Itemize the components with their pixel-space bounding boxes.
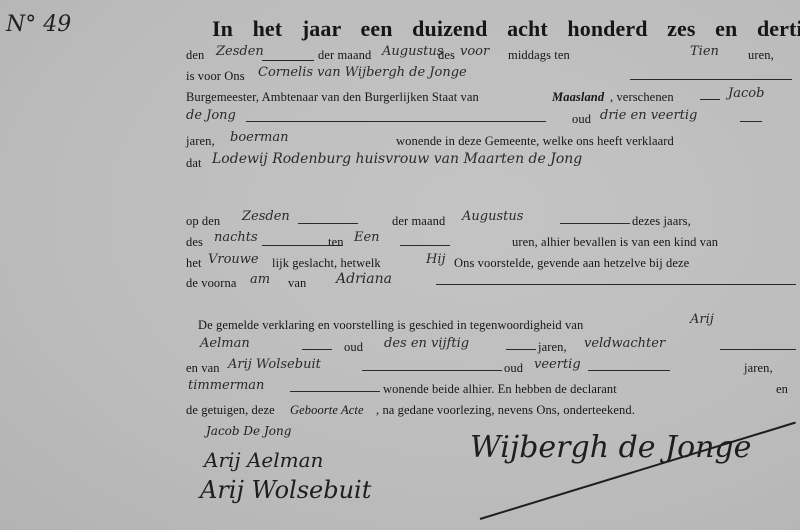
line-date-printed-5: uren, [748, 48, 774, 63]
blank-line [298, 223, 358, 224]
blank-line [560, 223, 630, 224]
month-handwritten: Augustus [382, 44, 443, 59]
presenter-handwritten: Hij [426, 252, 446, 267]
day-handwritten: Zesden [216, 44, 264, 59]
line-sex-printed-2: lijk geslacht, hetwelk [272, 256, 381, 271]
line-witness1-years-printed: jaren, [538, 340, 567, 355]
child-name-handwritten: Adriana [336, 271, 392, 287]
headline-text: In het jaar een duizend acht honderd zes… [212, 16, 800, 41]
blank-line [246, 121, 546, 122]
act-type-label: Geboorte Acte [290, 403, 364, 418]
line-date-printed-1: den [186, 48, 204, 63]
signature-witness-2: Arij Wolsebuit [200, 476, 371, 504]
witness1-occupation-handwritten: veldwachter [584, 336, 665, 351]
line-title-printed: Burgemeester, Ambtenaar van den Burgerli… [186, 90, 479, 105]
line-occupation-printed: jaren, [186, 134, 215, 149]
blank-line [262, 60, 314, 61]
sex-handwritten: Vrouwe [208, 252, 259, 267]
signature-witness-1: Arij Aelman [204, 448, 323, 472]
line-title-printed-2: , verschenen [610, 90, 674, 105]
act-number-value: 49 [43, 12, 71, 37]
place-name: Maasland [552, 90, 604, 105]
line-witness2-age-printed: oud [504, 361, 523, 376]
blank-line [740, 121, 762, 122]
declarant-age-handwritten: drie en veertig [600, 108, 697, 123]
blank-line [362, 370, 502, 371]
line-closing-printed-2: en [776, 382, 788, 397]
line-birth-time-printed: des [186, 235, 203, 250]
blank-line [506, 349, 536, 350]
witness2-age-handwritten: veertig [534, 357, 581, 372]
witness2-name-handwritten: Arij Wolsebuit [228, 357, 321, 372]
childname-suffix-handwritten: am [250, 272, 270, 287]
blank-line [720, 349, 796, 350]
line-birth-month-printed: der maand [392, 214, 445, 229]
line-birth-place-printed: uren, alhier bevallen is van een kind va… [512, 235, 718, 250]
document-scan: N° 49 In het jaar een duizend acht honde… [0, 0, 800, 530]
birth-day-handwritten: Zesden [242, 209, 290, 224]
line-witness-printed: De gemelde verklaring en voorstelling is… [198, 318, 583, 333]
declarant-occupation-handwritten: boerman [230, 130, 289, 145]
blank-line [588, 370, 670, 371]
line-witness1-age-printed: oud [344, 340, 363, 355]
line-date-printed-2: der maand [318, 48, 371, 63]
line-sex-printed-1: het [186, 256, 202, 271]
blank-line [436, 284, 796, 285]
blank-line [302, 349, 332, 350]
blank-line [630, 79, 792, 80]
mother-name-handwritten: Lodewij Rodenburg huisvrouw van Maarten … [212, 151, 582, 167]
line-closing-printed-4: , na gedane voorlezing, nevens Ons, onde… [376, 403, 635, 418]
line-sex-printed-3: Ons voorstelde, gevende aan hetzelve bij… [454, 256, 689, 271]
blank-line [700, 99, 720, 100]
daypart-handwritten: voor [460, 44, 489, 59]
act-number: N° 49 [6, 12, 71, 37]
witness1-age-handwritten: des en vijftig [384, 336, 469, 351]
line-childname-printed-1: de voorna [186, 276, 237, 291]
line-witness2-printed: en van [186, 361, 220, 376]
line-birth-year-printed: dezes jaars, [632, 214, 691, 229]
line-closing-printed-1: wonende beide alhier. En hebben de decla… [383, 382, 617, 397]
blank-line [400, 245, 450, 246]
signature-declarant: Jacob De Jong [206, 424, 291, 438]
line-closing-printed-3: de getuigen, deze [186, 403, 275, 418]
line-mother-printed: dat [186, 156, 202, 171]
line-official-printed: is voor Ons [186, 69, 245, 84]
official-name-handwritten: Cornelis van Wijbergh de Jonge [258, 65, 467, 80]
birth-daypart-handwritten: nachts [214, 230, 258, 245]
birth-hour-handwritten: Een [354, 230, 380, 245]
witness1-surname-handwritten: Aelman [200, 336, 250, 351]
witness1-firstname-handwritten: Arij [690, 312, 714, 327]
hour-handwritten: Tien [690, 44, 719, 59]
line-birth-hour-printed: ten [328, 235, 344, 250]
blank-line [290, 391, 380, 392]
headline: In het jaar een duizend acht honderd zes… [212, 16, 800, 42]
line-date-printed-4: middags ten [508, 48, 570, 63]
line-birth-date-printed: op den [186, 214, 220, 229]
line-residence-printed: wonende in deze Gemeente, welke ons heef… [396, 134, 674, 149]
declarant-firstname-handwritten: Jacob [728, 86, 764, 101]
witness2-occupation-handwritten: timmerman [188, 378, 264, 393]
birth-month-handwritten: Augustus [462, 209, 523, 224]
line-date-printed-3: des [438, 48, 455, 63]
line-age-printed: oud [572, 112, 591, 127]
line-witness2-years-printed: jaren, [744, 361, 773, 376]
line-childname-printed-2: van [288, 276, 306, 291]
act-number-label: N° [6, 12, 36, 37]
declarant-surname-handwritten: de Jong [186, 108, 236, 123]
